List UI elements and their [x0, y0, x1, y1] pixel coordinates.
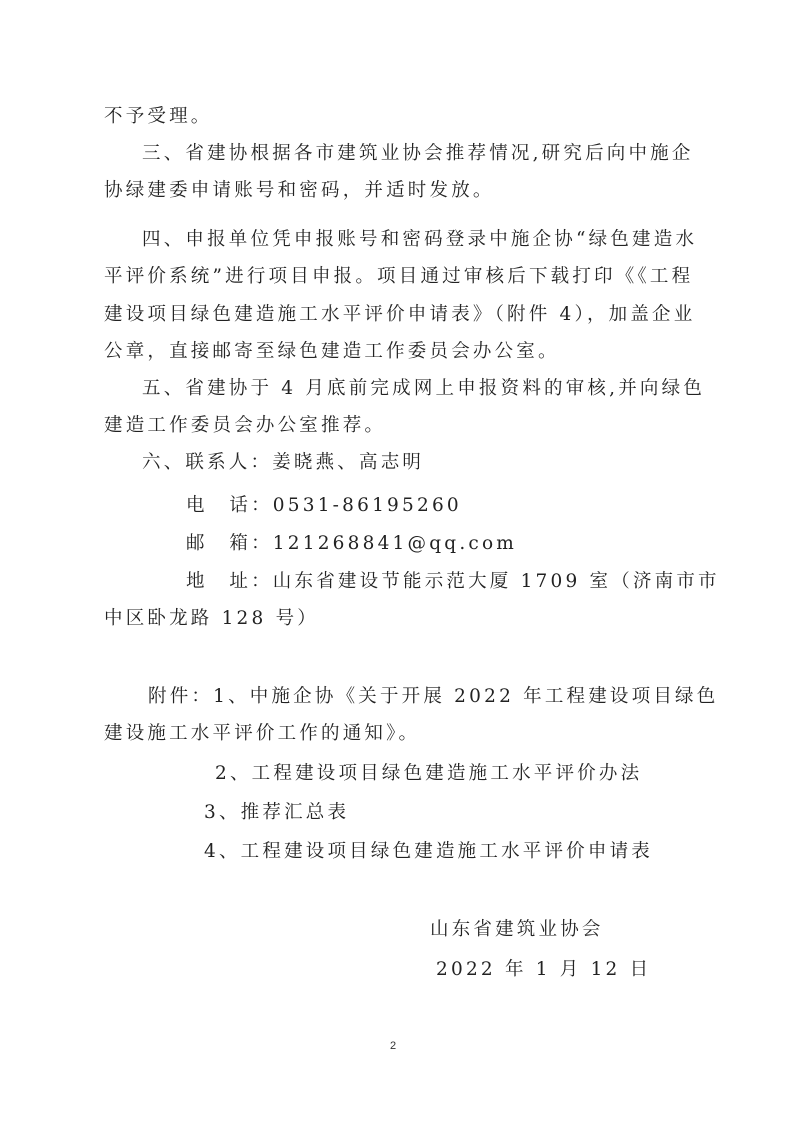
- paragraph-4-line: 平评价系统”进行项目申报。项目通过审核后下载打印《《工程: [104, 265, 693, 289]
- document-page: 不予受理。 三、省建协根据各市建筑业协会推荐情况,研究后向中施企 协绿建委申请账…: [0, 0, 794, 1123]
- paragraph-line: 不予受理。: [104, 105, 213, 129]
- paragraph-3-line: 三、省建协根据各市建筑业协会推荐情况,研究后向中施企: [142, 142, 694, 166]
- contact-address: 地 址：山东省建设节能示范大厦 1709 室（济南市市: [186, 570, 720, 594]
- page-number: 2: [390, 1040, 396, 1052]
- contact-address-cont: 中区卧龙路 128 号）: [104, 607, 319, 631]
- attachment-2: 2、工程建设项目绿色建造施工水平评价办法: [215, 762, 642, 786]
- signature-date: 2022 年 1 月 12 日: [436, 958, 651, 982]
- attachment-3: 3、推荐汇总表: [204, 801, 349, 825]
- paragraph-4-line: 建设项目绿色建造施工水平评价申请表》（附件 4），加盖企业: [104, 303, 695, 327]
- paragraph-4-line: 公章，直接邮寄至绿色建造工作委员会办公室。: [104, 340, 560, 364]
- attachment-1-cont: 建设施工水平评价工作的通知》。: [104, 722, 420, 746]
- contact-email: 邮 箱：121268841@qq.com: [186, 532, 517, 556]
- attachment-1: 附件：1、中施企协《关于开展 2022 年工程建设项目绿色: [148, 685, 718, 709]
- paragraph-5-line: 五、省建协于 4 月底前完成网上申报资料的审核,并向绿色: [142, 377, 705, 401]
- contact-person: 六、联系人：姜晓燕、高志明: [142, 451, 424, 475]
- attachment-4: 4、工程建设项目绿色建造施工水平评价申请表: [204, 840, 653, 864]
- paragraph-4-line: 四、申报单位凭申报账号和密码登录中施企协“绿色建造水: [142, 228, 697, 252]
- paragraph-3-line: 协绿建委申请账号和密码，并适时发放。: [104, 179, 495, 203]
- paragraph-5-line: 建造工作委员会办公室推荐。: [104, 414, 386, 438]
- contact-phone: 电 话：0531-86195260: [186, 494, 462, 518]
- signature-organization: 山东省建筑业协会: [430, 918, 604, 942]
